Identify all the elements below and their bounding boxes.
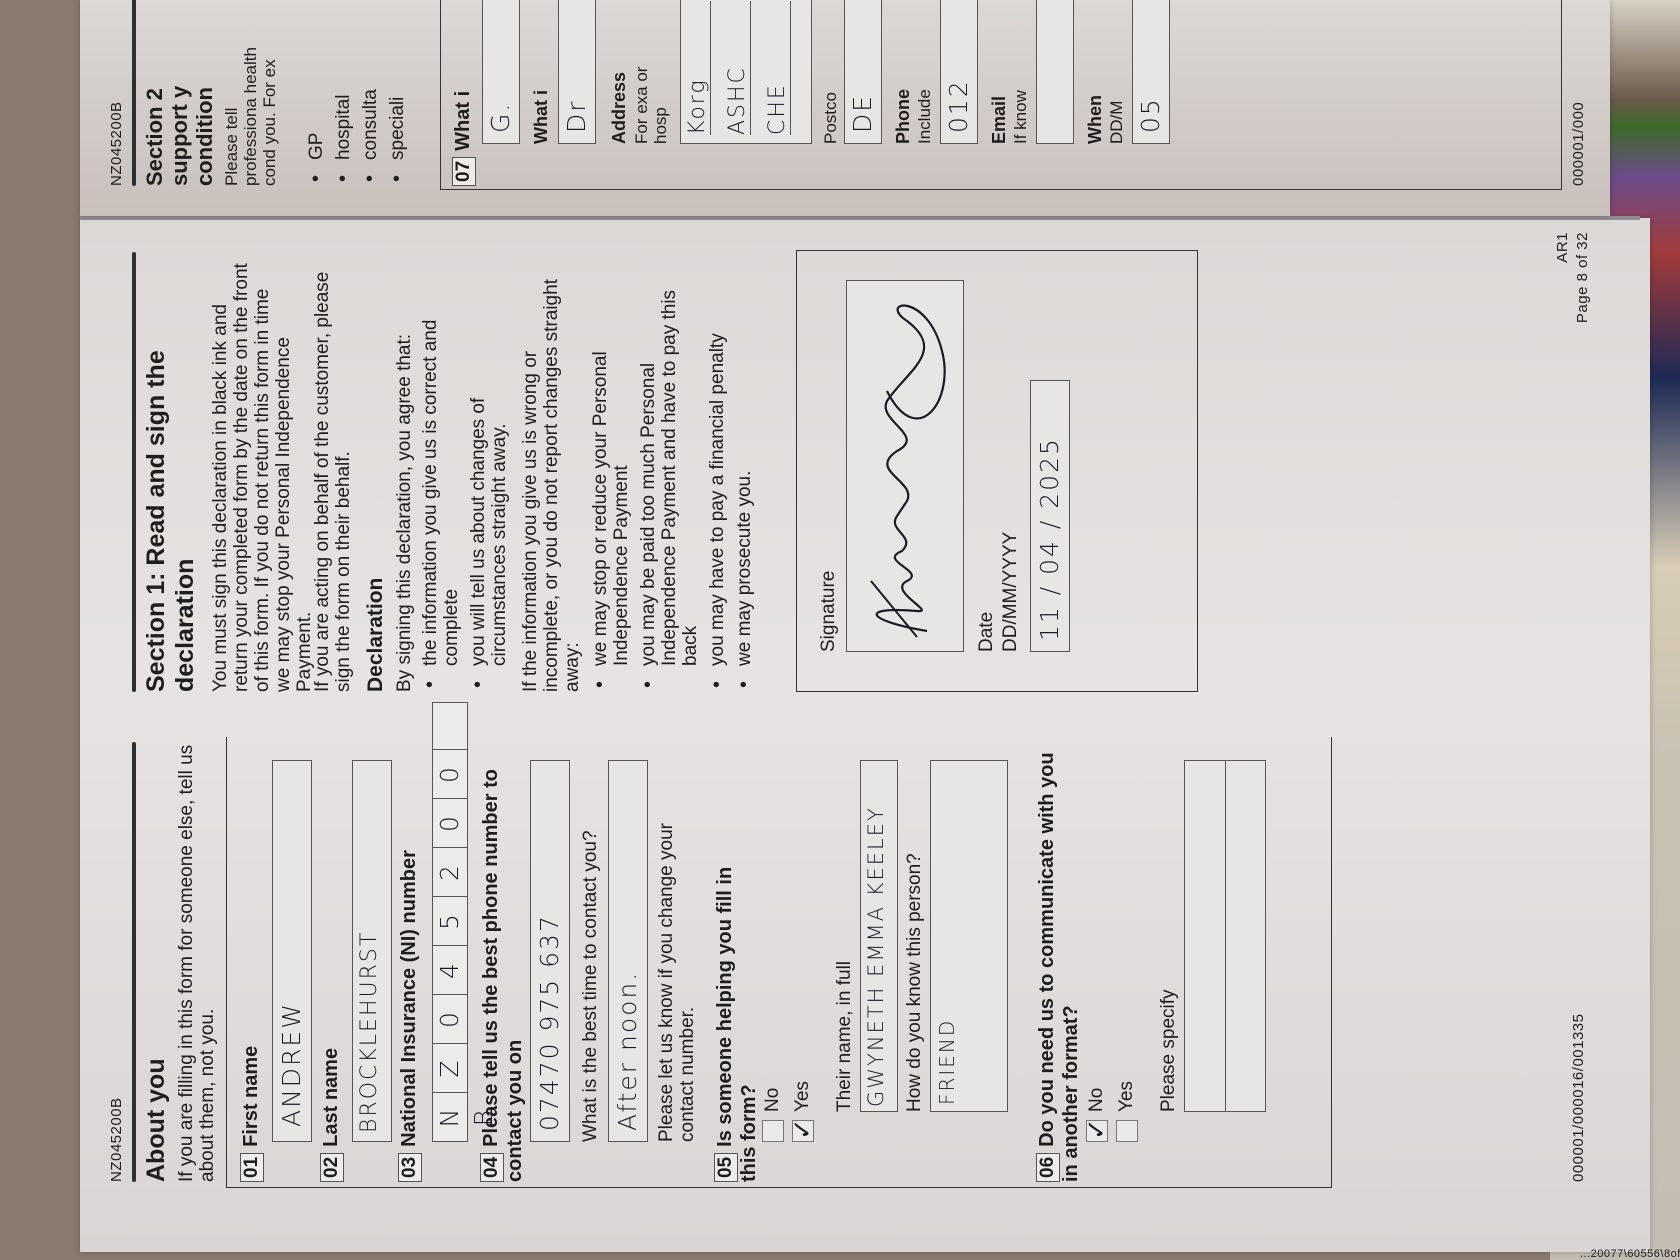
what-value: Dr — [562, 99, 591, 133]
form-id: AR1 — [1554, 232, 1571, 372]
about-you-title: About you — [142, 1058, 171, 1182]
section2-list-item: hospital — [333, 6, 354, 186]
signature-label: Signature — [818, 571, 839, 652]
date-field[interactable]: 11 / 04 / 2025 — [1030, 380, 1070, 652]
date-value: 11 / 04 / 2025 — [1035, 437, 1064, 641]
helper-name-field[interactable]: GWYNETH EMMA KEELEY — [860, 760, 898, 1112]
contact-change-note: Please let us know if you change your co… — [656, 782, 698, 1142]
q07-field[interactable]: G. — [482, 0, 520, 144]
phone-value: 07470 975 637 — [535, 914, 564, 1131]
q02-text: Last name — [320, 1048, 342, 1147]
when-format: DD/M — [1106, 101, 1127, 144]
next-page: NZ045200B Section 2 support y condition … — [80, 0, 1610, 216]
first-name-value: ANDREW — [277, 1002, 306, 1127]
phone2-field[interactable]: 012 — [940, 0, 978, 144]
declaration-heading: Declaration — [364, 578, 388, 692]
last-name-value: BROCKLEHURST — [357, 931, 382, 1133]
address-field[interactable]: KorgASHCCHE — [680, 0, 812, 144]
q07-text: What i — [452, 91, 474, 151]
when-field[interactable]: 05 — [1132, 0, 1170, 144]
signature-field[interactable] — [846, 280, 964, 652]
tick-mark-icon: ✓ — [1081, 1118, 1112, 1140]
section2-title: Section 2 support y condition — [142, 6, 217, 186]
address-line: Korg — [685, 1, 711, 135]
q04-label: 04Please tell us the best phone number t… — [480, 742, 526, 1182]
q01-number: 01 — [240, 1153, 264, 1182]
q07-number: 07 — [452, 157, 476, 186]
form-code: NZ045200B — [108, 1097, 125, 1182]
what-field[interactable]: Dr — [558, 0, 596, 144]
phone-field[interactable]: 07470 975 637 — [530, 760, 570, 1142]
agree-list: the information you give us is correct a… — [420, 272, 516, 692]
when-label: When — [1084, 95, 1106, 144]
q03-label: 03National Insurance (NI) number — [398, 850, 422, 1182]
q04-text: Please tell us the best phone number to … — [480, 769, 526, 1182]
q07-value: G. — [486, 102, 515, 133]
consequence-item: we may prosecute you. — [734, 272, 755, 692]
consequence-item: you may be paid too much Personal Indepe… — [638, 272, 701, 692]
what-label: What i — [530, 90, 552, 144]
postcode-field[interactable]: DE — [844, 0, 882, 144]
ni-char-cell: N — [433, 1092, 467, 1141]
date-label: Date — [976, 612, 997, 652]
address-line: ASHC — [725, 1, 751, 135]
q05-yes-checkbox[interactable]: ✓ — [792, 1120, 814, 1142]
best-time-field[interactable]: After noon. — [608, 760, 648, 1142]
agree-item: the information you give us is correct a… — [420, 272, 462, 692]
ni-char-cell: 4 — [433, 945, 467, 994]
address-line: CHE — [765, 1, 791, 135]
when-value: 05 — [1136, 97, 1165, 133]
section2-list: GPhospitalconsultaspeciali — [306, 6, 414, 186]
consequence-list: we may stop or reduce your Personal Inde… — [590, 272, 761, 692]
helper-name-label: Their name, in full — [834, 961, 855, 1112]
first-name-field[interactable]: ANDREW — [272, 760, 312, 1142]
q01-text: First name — [240, 1046, 262, 1147]
ni-char-cell: 0 — [433, 994, 467, 1043]
section1-para1: You must sign this declaration in black … — [210, 262, 315, 692]
about-you-intro: If you are filling in this form for some… — [176, 742, 218, 1182]
q06-yes-label: Yes — [1116, 1081, 1137, 1112]
serial-number: 000001/000016/001335 — [1570, 1014, 1587, 1183]
consequence-intro: If the information you give us is wrong … — [520, 262, 583, 692]
section-rule — [132, 0, 136, 186]
q06-yes-checkbox[interactable] — [1116, 1120, 1138, 1142]
section2-intro: Please tell professiona health cond you.… — [222, 16, 279, 186]
q05-number: 05 — [714, 1153, 738, 1182]
next-form-code: NZ045200B — [108, 101, 125, 186]
next-serial: 000001/000 — [1570, 102, 1587, 186]
q06-text: Do you need us to communicate with you i… — [1036, 752, 1082, 1182]
q01-label: 01First name — [240, 1046, 264, 1182]
helper-name-value: GWYNETH EMMA KEELEY — [864, 806, 888, 1107]
phone2-hint: Include — [914, 89, 935, 144]
page-number: Page 8 of 32 — [1574, 232, 1591, 412]
last-name-field[interactable]: BROCKLEHURST — [352, 760, 392, 1142]
form-page: ...20077\60556\8of32\H1. NZ045200B About… — [80, 218, 1650, 1252]
q03-number: 03 — [398, 1153, 422, 1182]
ni-char-cell: Z — [433, 1043, 467, 1092]
section2-list-item: consulta — [360, 6, 381, 186]
phone2-value: 012 — [944, 79, 973, 133]
section-rule — [132, 252, 136, 692]
q06-no-label: No — [1086, 1088, 1107, 1112]
page-fold — [80, 216, 1640, 220]
section2-list-item: GP — [306, 6, 327, 186]
q07-label: 07What i — [452, 91, 476, 186]
q05-yes-label: Yes — [792, 1081, 813, 1112]
address-hint: For exa or hosp — [632, 44, 670, 144]
q06-no-checkbox[interactable]: ✓ — [1086, 1120, 1108, 1142]
helper-relation-value: FRIEND — [935, 1019, 959, 1105]
ni-number-field[interactable]: NZ045200B — [432, 702, 468, 1142]
q05-text: Is someone helping you fill in this form… — [714, 867, 760, 1182]
specify-label: Please specify — [1158, 989, 1179, 1112]
best-time-label: What is the best time to contact you? — [580, 830, 601, 1142]
date-format: DD/MM/YYYY — [1000, 532, 1021, 652]
q04-number: 04 — [480, 1153, 504, 1182]
postcode-label: Postco — [820, 92, 841, 144]
helper-relation-field[interactable]: FRIEND — [930, 760, 1008, 1112]
ni-char-cell: 0 — [433, 798, 467, 847]
agree-intro: By signing this declaration, you agree t… — [394, 262, 415, 692]
consequence-item: we may stop or reduce your Personal Inde… — [590, 272, 632, 692]
section1-para2: If you are acting on behalf of the custo… — [312, 262, 354, 692]
specify-field[interactable] — [1184, 760, 1266, 1112]
q06-label: 06Do you need us to communicate with you… — [1036, 742, 1082, 1182]
ni-char-cell: 0 — [433, 749, 467, 798]
email-label: Email — [988, 96, 1010, 144]
consequence-item: you may have to pay a financial penalty — [707, 272, 728, 692]
q05-no-label: No — [762, 1088, 783, 1112]
scan-reference: ...20077\60556\8of32\H1. — [1580, 1248, 1680, 1260]
q05-label: 05Is someone helping you fill in this fo… — [714, 842, 760, 1182]
address-label: Address — [608, 72, 630, 144]
signature-scrawl — [847, 281, 963, 651]
q02-number: 02 — [320, 1153, 344, 1182]
q03-text: National Insurance (NI) number — [398, 850, 420, 1147]
q02-label: 02Last name — [320, 1048, 344, 1182]
postcode-value: DE — [848, 94, 877, 133]
agree-item: you will tell us about changes of circum… — [468, 272, 510, 692]
email-field[interactable] — [1036, 0, 1074, 144]
tick-mark-icon: ✓ — [787, 1118, 818, 1140]
phone2-label: Phone — [892, 89, 914, 144]
helper-relation-label: How do you know this person? — [904, 853, 925, 1112]
section1-title: Section 1: Read and sign the declaration — [142, 252, 200, 692]
section-rule — [132, 742, 136, 1182]
document-page: ...20077\60556\8of32\H1. NZ045200B About… — [0, 0, 1680, 1260]
q06-number: 06 — [1036, 1153, 1060, 1182]
email-hint: If know — [1010, 90, 1031, 144]
q05-no-checkbox[interactable] — [762, 1120, 784, 1142]
ni-char-cell: 2 — [433, 847, 467, 896]
best-time-value: After noon. — [613, 971, 642, 1131]
section2-list-item: speciali — [387, 6, 408, 186]
ni-char-cell: 5 — [433, 896, 467, 945]
